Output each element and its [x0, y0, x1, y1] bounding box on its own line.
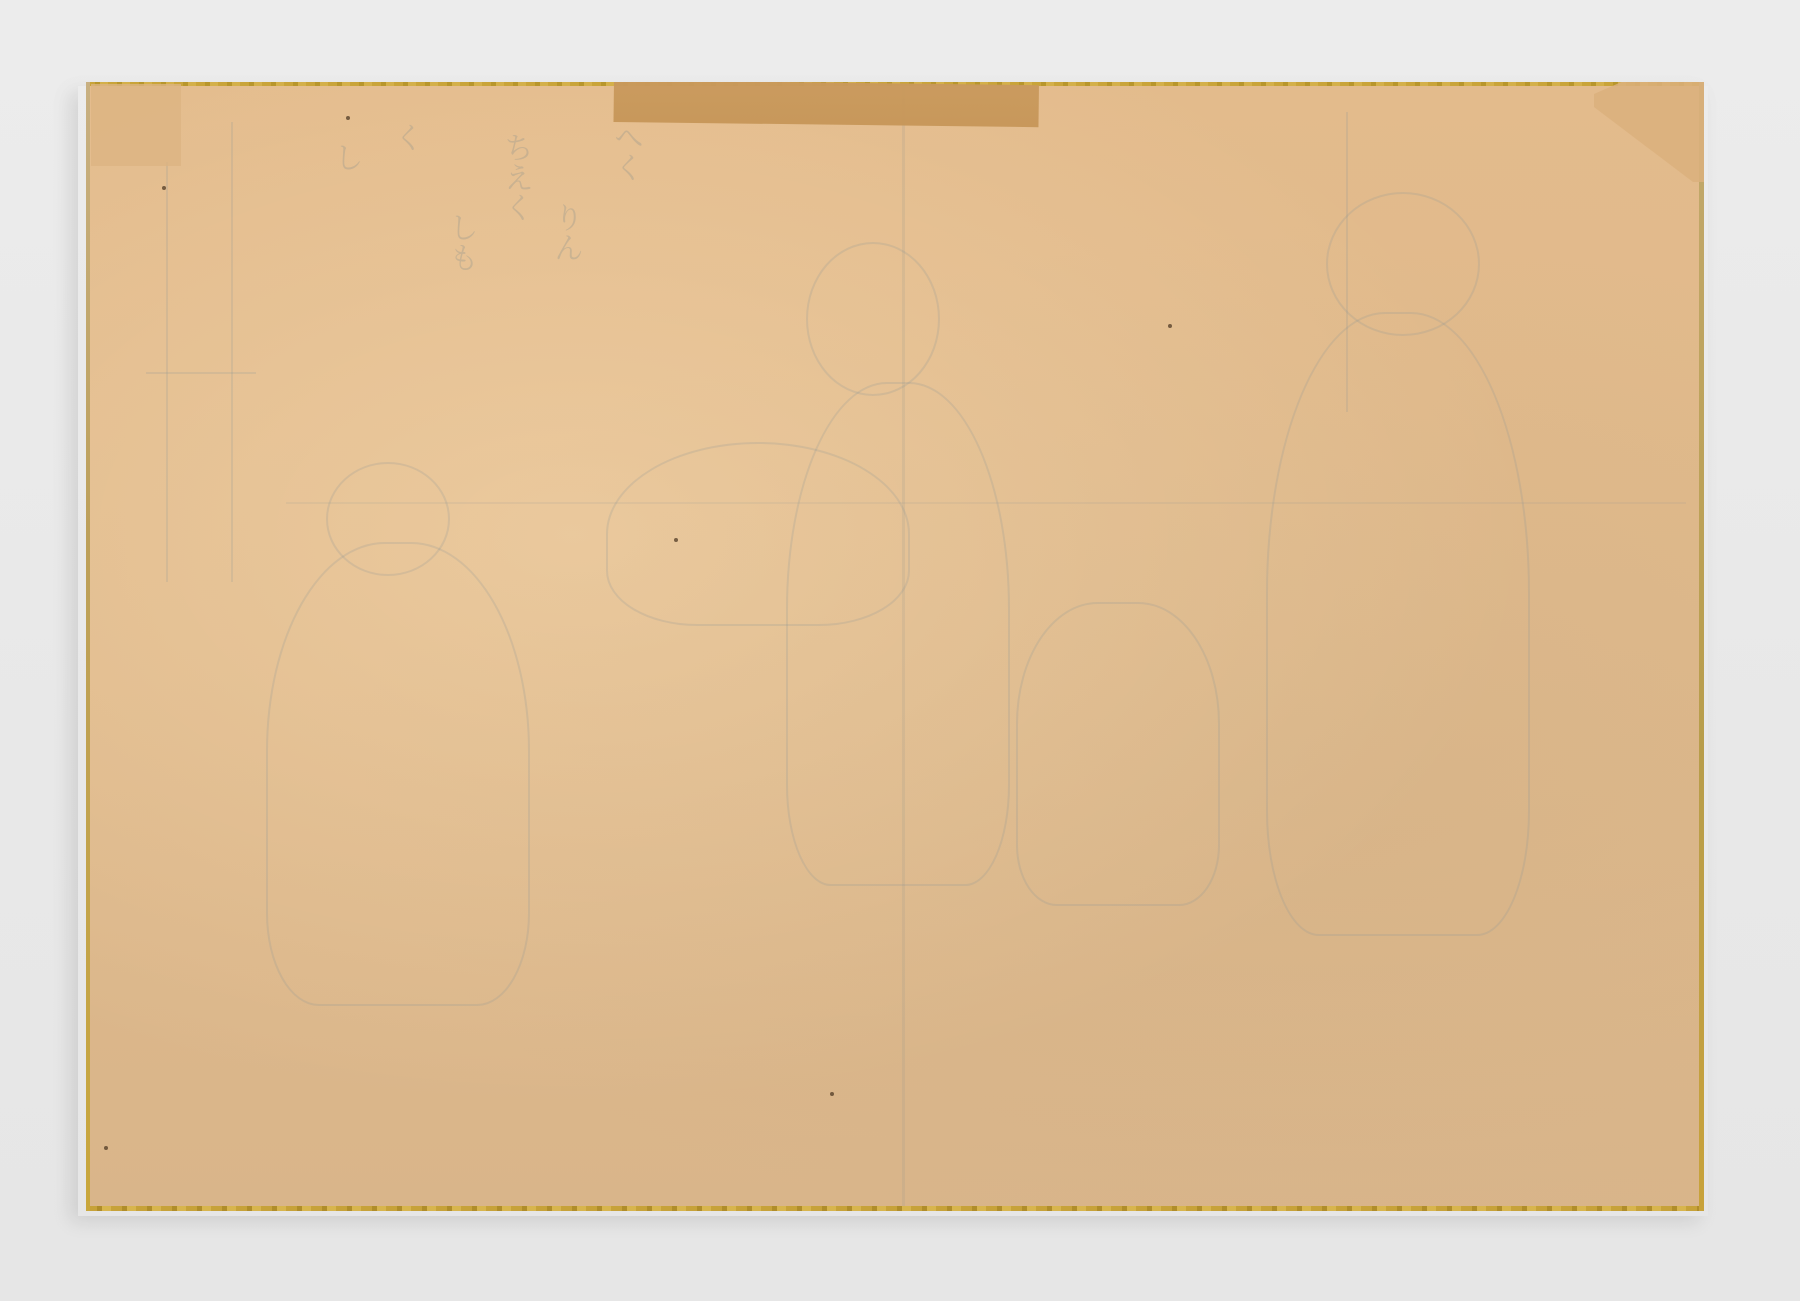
tape-hinge-top-left	[91, 84, 181, 166]
paper-speck	[674, 538, 678, 542]
paper-speck	[830, 1092, 834, 1096]
figure-head-sketch	[806, 242, 940, 396]
gilt-edge-bottom	[86, 1206, 1704, 1211]
paper-speck	[1168, 324, 1172, 328]
paper-speck	[346, 116, 350, 120]
calligraphy-column: りん	[546, 202, 584, 262]
figure-body-sketch	[1266, 312, 1530, 936]
paper-speck	[104, 1146, 108, 1150]
paper-speck	[162, 186, 166, 190]
calligraphy-column: しも	[441, 212, 479, 272]
gilt-edge-right	[1699, 82, 1704, 1211]
calligraphy-column: ちえく	[496, 132, 534, 222]
print-sheet: し く しも ちえく りん へく	[86, 82, 1704, 1211]
gilt-edge-left	[86, 82, 90, 1211]
tape-hinge-top-right	[1594, 82, 1704, 182]
figure-sketch	[1016, 602, 1220, 906]
figure-sketch	[606, 442, 910, 626]
sketch-rail	[146, 372, 256, 374]
sketch-pillar	[231, 122, 233, 582]
figure-body-sketch	[266, 542, 530, 1006]
calligraphy-column: く	[386, 122, 424, 152]
calligraphy-column: へく	[606, 122, 644, 182]
tape-strip-top	[613, 82, 1038, 127]
calligraphy-column: し	[326, 142, 364, 172]
